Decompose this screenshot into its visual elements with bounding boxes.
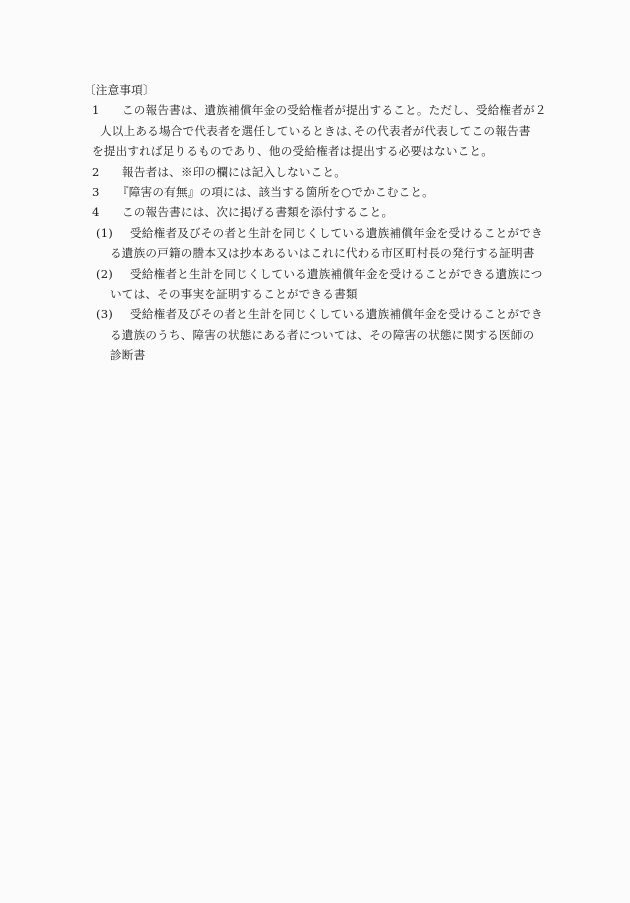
item-number: 4 bbox=[92, 202, 100, 222]
sub-item-number: (1) bbox=[96, 223, 113, 243]
note-item-2: 2 報告者は、※印の欄には記入しないこと。 bbox=[84, 162, 564, 182]
sub-item-1-cont: る遺族の戸籍の謄本又は抄本あるいはこれに代わる市区町村長の発行する証明書 bbox=[84, 243, 564, 263]
sub-item-3-cont: 診断書 bbox=[84, 345, 564, 365]
item-text: この報告書には、次に掲げる書類を添付すること。 bbox=[122, 202, 393, 222]
sub-item-text: 受給権者と生計を同じくしている遺族補償年金を受けることができる遺族につ bbox=[130, 264, 543, 284]
sub-item-text-continued: る遺族の戸籍の謄本又は抄本あるいはこれに代わる市区町村長の発行する証明書 bbox=[110, 243, 535, 263]
item-number: 1 bbox=[92, 100, 100, 120]
item-text: 『障害の有無』の項には、該当する箇所を○でかこむこと。 bbox=[117, 182, 434, 202]
sub-item-text-continued: いては、その事実を証明することができる書類 bbox=[110, 284, 358, 304]
sub-item-text-continued: 診断書 bbox=[110, 345, 145, 365]
document-page: 〔注意事項〕 1 この報告書は、遺族補償年金の受給権者が提出すること。ただし、受… bbox=[0, 0, 630, 903]
item-text-continued: を提出すれば足りるものであり、他の受給権者は提出する必要はないこと。 bbox=[92, 141, 493, 161]
item-text-continued: 人以上ある場合で代表者を選任しているときは､その代表者が代表してこの報告書 bbox=[100, 121, 531, 141]
note-item-1-cont: 人以上ある場合で代表者を選任しているときは､その代表者が代表してこの報告書 bbox=[84, 121, 564, 141]
note-item-1-cont: を提出すれば足りるものであり、他の受給権者は提出する必要はないこと。 bbox=[84, 141, 564, 161]
item-number: 3 bbox=[92, 182, 100, 202]
notes-section: 〔注意事項〕 1 この報告書は、遺族補償年金の受給権者が提出すること。ただし、受… bbox=[84, 80, 564, 365]
note-item-4: 4 この報告書には、次に掲げる書類を添付すること。 bbox=[84, 202, 564, 222]
sub-item-1: (1) 受給権者及びその者と生計を同じくしている遺族補償年金を受けることができ bbox=[84, 223, 564, 243]
item-number: 2 bbox=[92, 162, 100, 182]
sub-item-3-cont: る遺族のうち、障害の状態にある者については、その障害の状態に関する医師の bbox=[84, 325, 564, 345]
sub-item-text-continued: る遺族のうち、障害の状態にある者については、その障害の状態に関する医師の bbox=[110, 325, 534, 345]
sub-item-text: 受給権者及びその者と生計を同じくしている遺族補償年金を受けることができ bbox=[130, 223, 543, 243]
sub-item-2-cont: いては、その事実を証明することができる書類 bbox=[84, 284, 564, 304]
sub-item-2: (2) 受給権者と生計を同じくしている遺族補償年金を受けることができる遺族につ bbox=[84, 264, 564, 284]
notes-heading: 〔注意事項〕 bbox=[84, 80, 564, 100]
sub-item-number: (2) bbox=[96, 264, 113, 284]
note-item-3: 3 『障害の有無』の項には、該当する箇所を○でかこむこと。 bbox=[84, 182, 564, 202]
sub-item-text: 受給権者及びその者と生計を同じくしている遺族補償年金を受けることができ bbox=[130, 304, 543, 324]
item-text: この報告書は、遺族補償年金の受給権者が提出すること。ただし、受給権者が２ bbox=[122, 100, 547, 120]
sub-item-3: (3) 受給権者及びその者と生計を同じくしている遺族補償年金を受けることができ bbox=[84, 304, 564, 324]
sub-item-number: (3) bbox=[96, 304, 113, 324]
item-text: 報告者は、※印の欄には記入しないこと。 bbox=[122, 162, 346, 182]
note-item-1: 1 この報告書は、遺族補償年金の受給権者が提出すること。ただし、受給権者が２ bbox=[84, 100, 564, 120]
